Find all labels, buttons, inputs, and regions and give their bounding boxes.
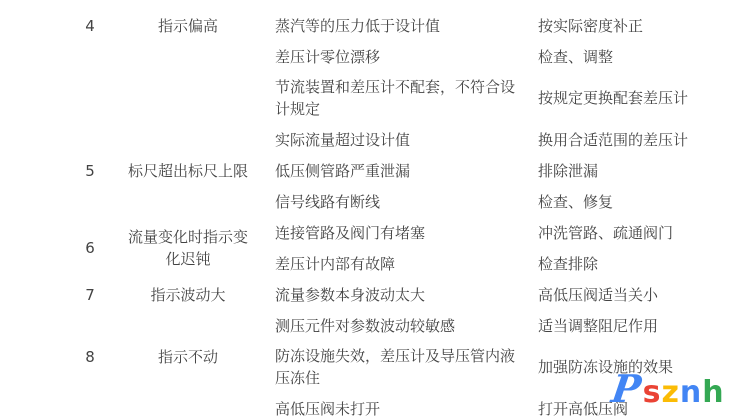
watermark-letter: z: [661, 375, 679, 410]
fault-solution: 检查排除: [517, 253, 754, 275]
troubleshooting-table-page: 4 指示偏高 蒸汽等的压力低于设计值 按实际密度补正 差压计零位漂移 检查、调整…: [0, 0, 754, 418]
fault-solution: 换用合适范围的差压计: [517, 129, 754, 151]
fault-solution: 冲洗管路、疏通阀门: [517, 222, 754, 244]
cause-solution-list: 流量参数本身波动太大 高低压阀适当关小 测压元件对参数波动较敏感 适当调整阻尼作…: [275, 279, 754, 341]
fault-symptom: 指示偏高: [122, 10, 254, 41]
cause-solution-list: 实际流量超过设计值 换用合适范围的差压计 低压侧管路严重泄漏 排除泄漏 信号线路…: [275, 124, 754, 217]
fault-solution: 排除泄漏: [517, 160, 754, 182]
fault-cause: 低压侧管路严重泄漏: [275, 156, 517, 186]
cause-solution-row: 连接管路及阀门有堵塞 冲洗管路、疏通阀门: [275, 217, 754, 248]
fault-cause: 实际流量超过设计值: [275, 125, 517, 155]
fault-cause: 节流装置和差压计不配套，不符合设计规定: [275, 72, 517, 124]
fault-row-group: 7 指示波动大 流量参数本身波动太大 高低压阀适当关小 测压元件对参数波动较敏感…: [0, 279, 754, 341]
fault-row-number: 6: [58, 217, 122, 279]
watermark-letter: P: [609, 366, 645, 411]
cause-solution-row: 实际流量超过设计值 换用合适范围的差压计: [275, 124, 754, 155]
cause-solution-row: 流量参数本身波动太大 高低压阀适当关小: [275, 279, 754, 310]
cause-solution-row: 低压侧管路严重泄漏 排除泄漏: [275, 155, 754, 186]
fault-solution: 检查、调整: [517, 46, 754, 68]
fault-cause: 连接管路及阀门有堵塞: [275, 218, 517, 248]
fault-cause: 蒸汽等的压力低于设计值: [275, 11, 517, 41]
fault-solution: 适当调整阻尼作用: [517, 315, 754, 337]
cause-solution-row: 测压元件对参数波动较敏感 适当调整阻尼作用: [275, 310, 754, 341]
fault-solution: 按实际密度补正: [517, 15, 754, 37]
watermark-letter: s: [643, 375, 662, 410]
watermark-letter: n: [680, 375, 702, 410]
fault-cause: 高低压阀未打开: [275, 394, 517, 418]
fault-symptom: 指示不动: [122, 341, 254, 372]
fault-cause: 流量参数本身波动太大: [275, 280, 517, 310]
fault-row-group: 6 流量变化时指示变化迟钝 连接管路及阀门有堵塞 冲洗管路、疏通阀门 差压计内部…: [0, 217, 754, 279]
fault-cause: 防冻设施失效，差压计及导压管内液压冻住: [275, 341, 517, 393]
fault-symptom: 标尺超出标尺上限: [122, 124, 254, 217]
cause-solution-list: 蒸汽等的压力低于设计值 按实际密度补正 差压计零位漂移 检查、调整 节流装置和差…: [275, 10, 754, 124]
cause-solution-row: 差压计内部有故障 检查排除: [275, 248, 754, 279]
fault-cause: 差压计零位漂移: [275, 42, 517, 72]
fault-cause: 测压元件对参数波动较敏感: [275, 311, 517, 341]
fault-table: 4 指示偏高 蒸汽等的压力低于设计值 按实际密度补正 差压计零位漂移 检查、调整…: [0, 0, 754, 418]
fault-cause: 信号线路有断线: [275, 187, 517, 217]
watermark-letter: h: [702, 375, 724, 410]
cause-solution-row: 差压计零位漂移 检查、调整: [275, 41, 754, 72]
fault-symptom: 指示波动大: [122, 279, 254, 310]
fault-row-number: 7: [58, 279, 122, 310]
cause-solution-row: 信号线路有断线 检查、修复: [275, 186, 754, 217]
cause-solution-row: 节流装置和差压计不配套，不符合设计规定 按规定更换配套差压计: [275, 72, 754, 124]
fault-row-group: 4 指示偏高 蒸汽等的压力低于设计值 按实际密度补正 差压计零位漂移 检查、调整…: [0, 10, 754, 124]
fault-solution: 按规定更换配套差压计: [517, 87, 754, 109]
fault-row-group: 5 标尺超出标尺上限 实际流量超过设计值 换用合适范围的差压计 低压侧管路严重泄…: [0, 124, 754, 217]
fault-row-number: 8: [58, 341, 122, 372]
fault-row-number: 5: [58, 124, 122, 217]
fault-solution: 检查、修复: [517, 191, 754, 213]
fault-symptom: 流量变化时指示变化迟钝: [122, 217, 254, 279]
psznh-watermark: Psznh: [612, 366, 725, 411]
cause-solution-row: 蒸汽等的压力低于设计值 按实际密度补正: [275, 10, 754, 41]
fault-solution: 高低压阀适当关小: [517, 284, 754, 306]
cause-solution-list: 连接管路及阀门有堵塞 冲洗管路、疏通阀门 差压计内部有故障 检查排除: [275, 217, 754, 279]
fault-row-number: 4: [58, 10, 122, 41]
fault-cause: 差压计内部有故障: [275, 249, 517, 279]
